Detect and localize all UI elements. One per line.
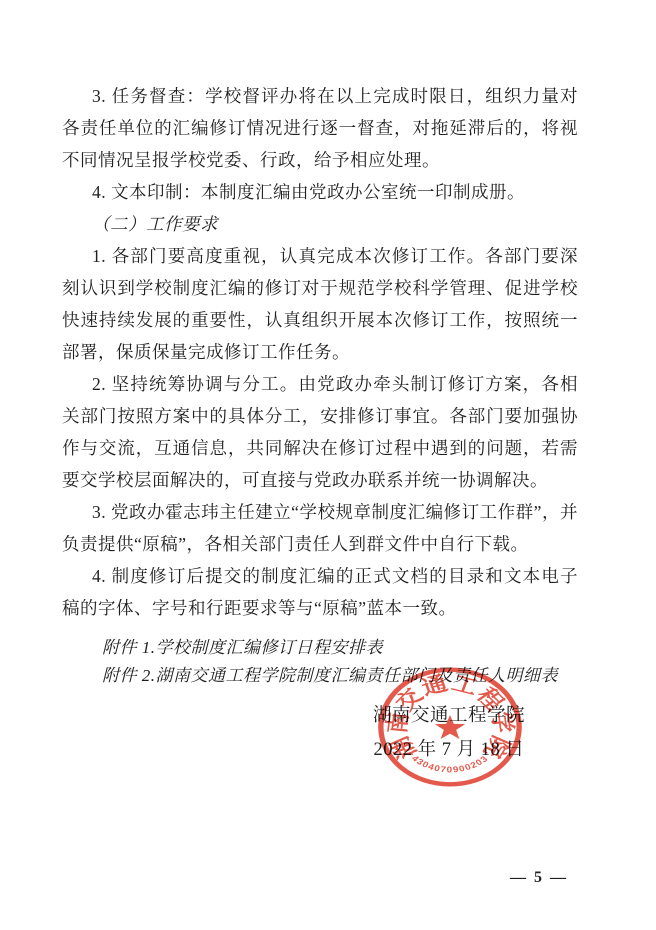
body-paragraph-requirement-3: 3. 党政办霍志玮主任建立“学校规章制度汇编修订工作群”，并负责提供“原稿”，各…: [62, 496, 578, 560]
body-paragraph-text-printing: 4. 文本印制：本制度汇编由党政办公室统一印制成册。: [62, 176, 578, 208]
body-paragraph-requirement-4: 4. 制度修订后提交的制度汇编的正式文档的目录和文本电子稿的字体、字号和行距要求…: [62, 560, 578, 624]
attachment-list: 附件 1.学校制度汇编修订日程安排表 附件 2.湖南交通工程学院制度汇编责任部门…: [102, 634, 578, 690]
signature-block: 湖南交通工程学院 2022 年 7 月 18 日: [329, 699, 569, 767]
body-paragraph-requirement-1: 1. 各部门要高度重视，认真完成本次修订工作。各部门要深刻认识到学校制度汇编的修…: [62, 240, 578, 368]
document-page: 3. 任务督查：学校督评办将在以上完成时限日，组织力量对各责任单位的汇编修订情况…: [0, 0, 656, 930]
document-body: 3. 任务督查：学校督评办将在以上完成时限日，组织力量对各责任单位的汇编修订情况…: [62, 80, 578, 690]
signature-date: 2022 年 7 月 18 日: [329, 733, 569, 767]
body-paragraph-requirement-2: 2. 坚持统筹协调与分工。由党政办牵头制订修订方案，各相关部门按照方案中的具体分…: [62, 368, 578, 496]
page-number: — 5 —: [510, 869, 568, 887]
attachment-item-1: 附件 1.学校制度汇编修订日程安排表: [102, 634, 578, 662]
attachment-item-2: 附件 2.湖南交通工程学院制度汇编责任部门及责任人明细表: [102, 662, 578, 690]
section-heading-work-requirements: （二）工作要求: [62, 208, 578, 240]
body-paragraph-task-supervision: 3. 任务督查：学校督评办将在以上完成时限日，组织力量对各责任单位的汇编修订情况…: [62, 80, 578, 176]
signature-org: 湖南交通工程学院: [329, 699, 569, 733]
